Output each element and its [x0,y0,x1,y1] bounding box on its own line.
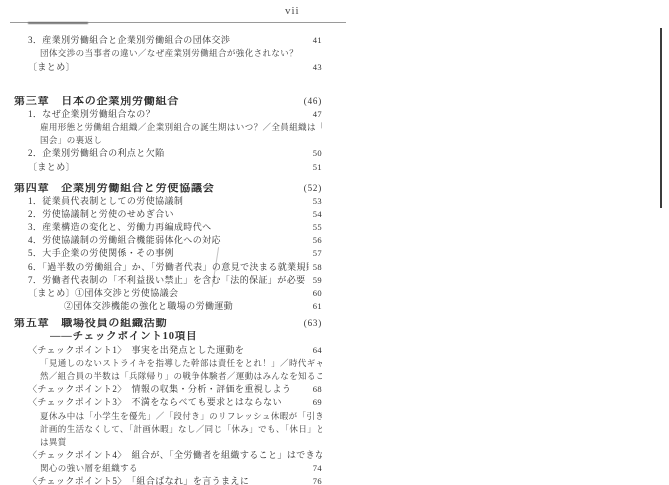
toc-entry-text: 夏休み中は「小学生を優先」／「段付き」のリフレッシュ休暇が「引き金」／ [40,411,322,422]
toc-entry-text: 「見通しのないストライキを指導した幹部は責任をとれ！」／時代ギャップは当 [40,358,322,369]
toc-entry-text: 7．労働者代表制の「不利益扱い禁止」を含む「法的保証」が必要 [28,275,309,286]
toc-entry-text: 〔まとめ〕 [28,162,309,173]
toc-entry-text: 国会」の裏返し [40,135,322,146]
header-rule-smudge [28,22,88,24]
toc-checkpoint-entry: 〈チェックポイント2〉 情報の収集・分析・評価を重視しよう 68 [14,382,322,395]
toc-checkpoint-entry: 〈チェックポイント5〉 「組合ばなれ」を言うまえに 76 [14,474,322,485]
toc-entry-text: は異質 [40,437,322,448]
toc-chapter-page: (52) [300,183,322,194]
toc-entry-text: 6．「過半数の労働組合」か、「労働者代表」の意見で決まる就業規則 [28,262,309,273]
toc-checkpoint-entry: 〈チェックポイント3〉 不満をならべても要求とはならない 69 [14,395,322,408]
toc-entry-page: 68 [309,384,322,395]
toc-entry-page: 53 [309,196,322,207]
toc-entry-page: 64 [309,345,322,356]
toc-entry-description: 関心の強い層を組織する 74 [14,461,322,474]
toc-entry-page: 60 [309,288,322,299]
toc-entry-text: 4．労使協議制の労働組合機能弱体化への対応 [28,235,309,246]
toc-entry-text: 3．産業構造の変化と、労働力再編成時代へ [28,222,309,233]
toc-entry-text: 1．なぜ企業別労働組合なの？ [28,109,309,120]
toc-entry-summary-continued: ②団体交渉機能の強化と職場の労働運動 61 [14,299,322,312]
toc-entry-summary: 〔まとめ〕 51 [14,159,322,172]
toc-entry-page: 50 [309,148,322,159]
toc-entry-page: 54 [309,209,322,220]
toc-entry-page: 41 [309,35,322,46]
toc-checkpoint-entry: 〈チェックポイント1〉 事実を出発点とした運動を 64 [14,342,322,355]
toc-entry-text: 〈チェックポイント1〉 事実を出発点とした運動を [28,345,309,356]
toc-entry: 4．労使協議制の労働組合機能弱体化への対応 56 [14,233,322,246]
toc-chapter-heading: 第五章 職場役員の組織活動 (63) [14,313,322,329]
toc-entry-page: 51 [309,162,322,173]
toc-entry-description: 「見通しのないストライキを指導した幹部は責任をとれ！」／時代ギャップは当 [14,356,322,369]
toc-entry-page: 76 [309,476,322,485]
toc-entry-text: 〈チェックポイント2〉 情報の収集・分析・評価を重視しよう [28,384,309,395]
scanned-toc-page: { "page": { "folio": "vii" }, "toc": { "… [0,0,669,485]
toc-checkpoint-entry: 〈チェックポイント4〉 組合が、「全労働者を組織すること」はできない／まず [14,448,322,461]
toc-entry-text: 2．労使協議制と労使のせめぎ合い [28,209,309,220]
toc-chapter-heading: 第四章 企業別労働組合と労使協議会 (52) [14,177,322,194]
toc-entry-page: 57 [309,248,322,259]
toc-chapter-page: (63) [300,318,322,329]
toc-entry: 1．従業員代表制としての労使協議制 53 [14,194,322,207]
toc-entry-text: 〈チェックポイント5〉 「組合ばなれ」を言うまえに [28,476,309,485]
toc-entry: 7．労働者代表制の「不利益扱い禁止」を含む「法的保証」が必要 59 [14,273,322,286]
toc-entry-page: 61 [309,301,322,312]
toc-entry: 5．大手企業の労使関係・その事例 57 [14,246,322,259]
toc-entry-text: 3．産業別労働組合と企業別労働組合の団体交渉 [28,35,309,46]
table-of-contents: 3．産業別労働組合と企業別労働組合の団体交渉 41 団体交渉の当事者の違い／なぜ… [14,33,322,485]
toc-entry-text: 関心の強い層を組織する [40,463,309,474]
toc-entry: 3．産業構造の変化と、労働力再編成時代へ 55 [14,220,322,233]
toc-entry: 3．産業別労働組合と企業別労働組合の団体交渉 41 [14,33,322,46]
page-folio: vii [285,5,300,17]
toc-entry: 2．労使協議制と労使のせめぎ合い 54 [14,207,322,220]
toc-entry-description: 計画的生活なくして、「計画休暇」なし／同じ「休み」でも、「休日」と「休暇」 [14,422,322,435]
toc-entry-summary: 〔まとめ〕 43 [14,59,322,72]
toc-entry-text: 計画的生活なくして、「計画休暇」なし／同じ「休み」でも、「休日」と「休暇」 [40,424,322,435]
toc-entry-text: 〔まとめ〕 [28,62,309,73]
toc-entry-text: 然／組合員の半数は「兵隊帰り」の戦争体験者／運動はみんなを知ることから [40,371,322,382]
toc-entry-text: 団体交渉の当事者の違い／なぜ産業別労働組合が強化されない？ [40,48,322,59]
toc-entry-page: 59 [309,275,322,286]
toc-entry-page: 47 [309,109,322,120]
toc-entry-description: 国会」の裏返し [14,133,322,146]
toc-entry-text: ②団体交渉機能の強化と職場の労働運動 [64,301,309,312]
toc-chapter-title: 第三章 日本の企業別労働組合 [14,96,300,107]
toc-entry-text: 2．企業別労働組合の利点と欠陥 [28,148,309,159]
toc-entry-description: 夏休み中は「小学生を優先」／「段付き」のリフレッシュ休暇が「引き金」／ [14,408,322,421]
toc-entry-page: 69 [309,397,322,408]
toc-entry-text: 〈チェックポイント4〉 組合が、「全労働者を組織すること」はできない／まず [28,450,322,461]
toc-chapter-heading: 第三章 日本の企業別労働組合 (46) [14,90,322,107]
toc-entry-page: 56 [309,235,322,246]
toc-entry-page: 55 [309,222,322,233]
toc-entry-page: 58 [309,262,322,273]
toc-entry-text: 雇用形態と労働組合組織／企業別組合の誕生期はいつ？／全員組織は「産業報 [40,122,322,133]
toc-entry-text: 〔まとめ〕①団体交渉と労使協議会 [28,288,309,299]
toc-chapter-subtitle: ――チェックポイント10項目 [14,329,322,342]
toc-entry-text: 1．従業員代表制としての労使協議制 [28,196,309,207]
toc-entry-page: 43 [309,62,322,73]
toc-entry-description: 団体交渉の当事者の違い／なぜ産業別労働組合が強化されない？ [14,46,322,59]
toc-chapter-title: 第四章 企業別労働組合と労使協議会 [14,183,300,194]
toc-chapter-title: 第五章 職場役員の組織活動 [14,318,300,329]
toc-entry: 6．「過半数の労働組合」か、「労働者代表」の意見で決まる就業規則 58 [14,259,322,272]
toc-entry-text: 〈チェックポイント3〉 不満をならべても要求とはならない [28,397,309,408]
toc-entry-text: ――チェックポイント10項目 [50,331,322,342]
toc-entry: 1．なぜ企業別労働組合なの？ 47 [14,107,322,120]
toc-entry-text: 5．大手企業の労使関係・その事例 [28,248,309,259]
toc-entry-summary: 〔まとめ〕①団体交渉と労使協議会 60 [14,286,322,299]
toc-entry-description: 然／組合員の半数は「兵隊帰り」の戦争体験者／運動はみんなを知ることから [14,369,322,382]
scan-edge-line [660,28,662,208]
toc-chapter-page: (46) [300,96,322,107]
toc-entry: 2．企業別労働組合の利点と欠陥 50 [14,146,322,159]
toc-entry-description: は異質 [14,435,322,448]
toc-entry-description: 雇用形態と労働組合組織／企業別組合の誕生期はいつ？／全員組織は「産業報 [14,120,322,133]
toc-entry-page: 74 [309,463,322,474]
